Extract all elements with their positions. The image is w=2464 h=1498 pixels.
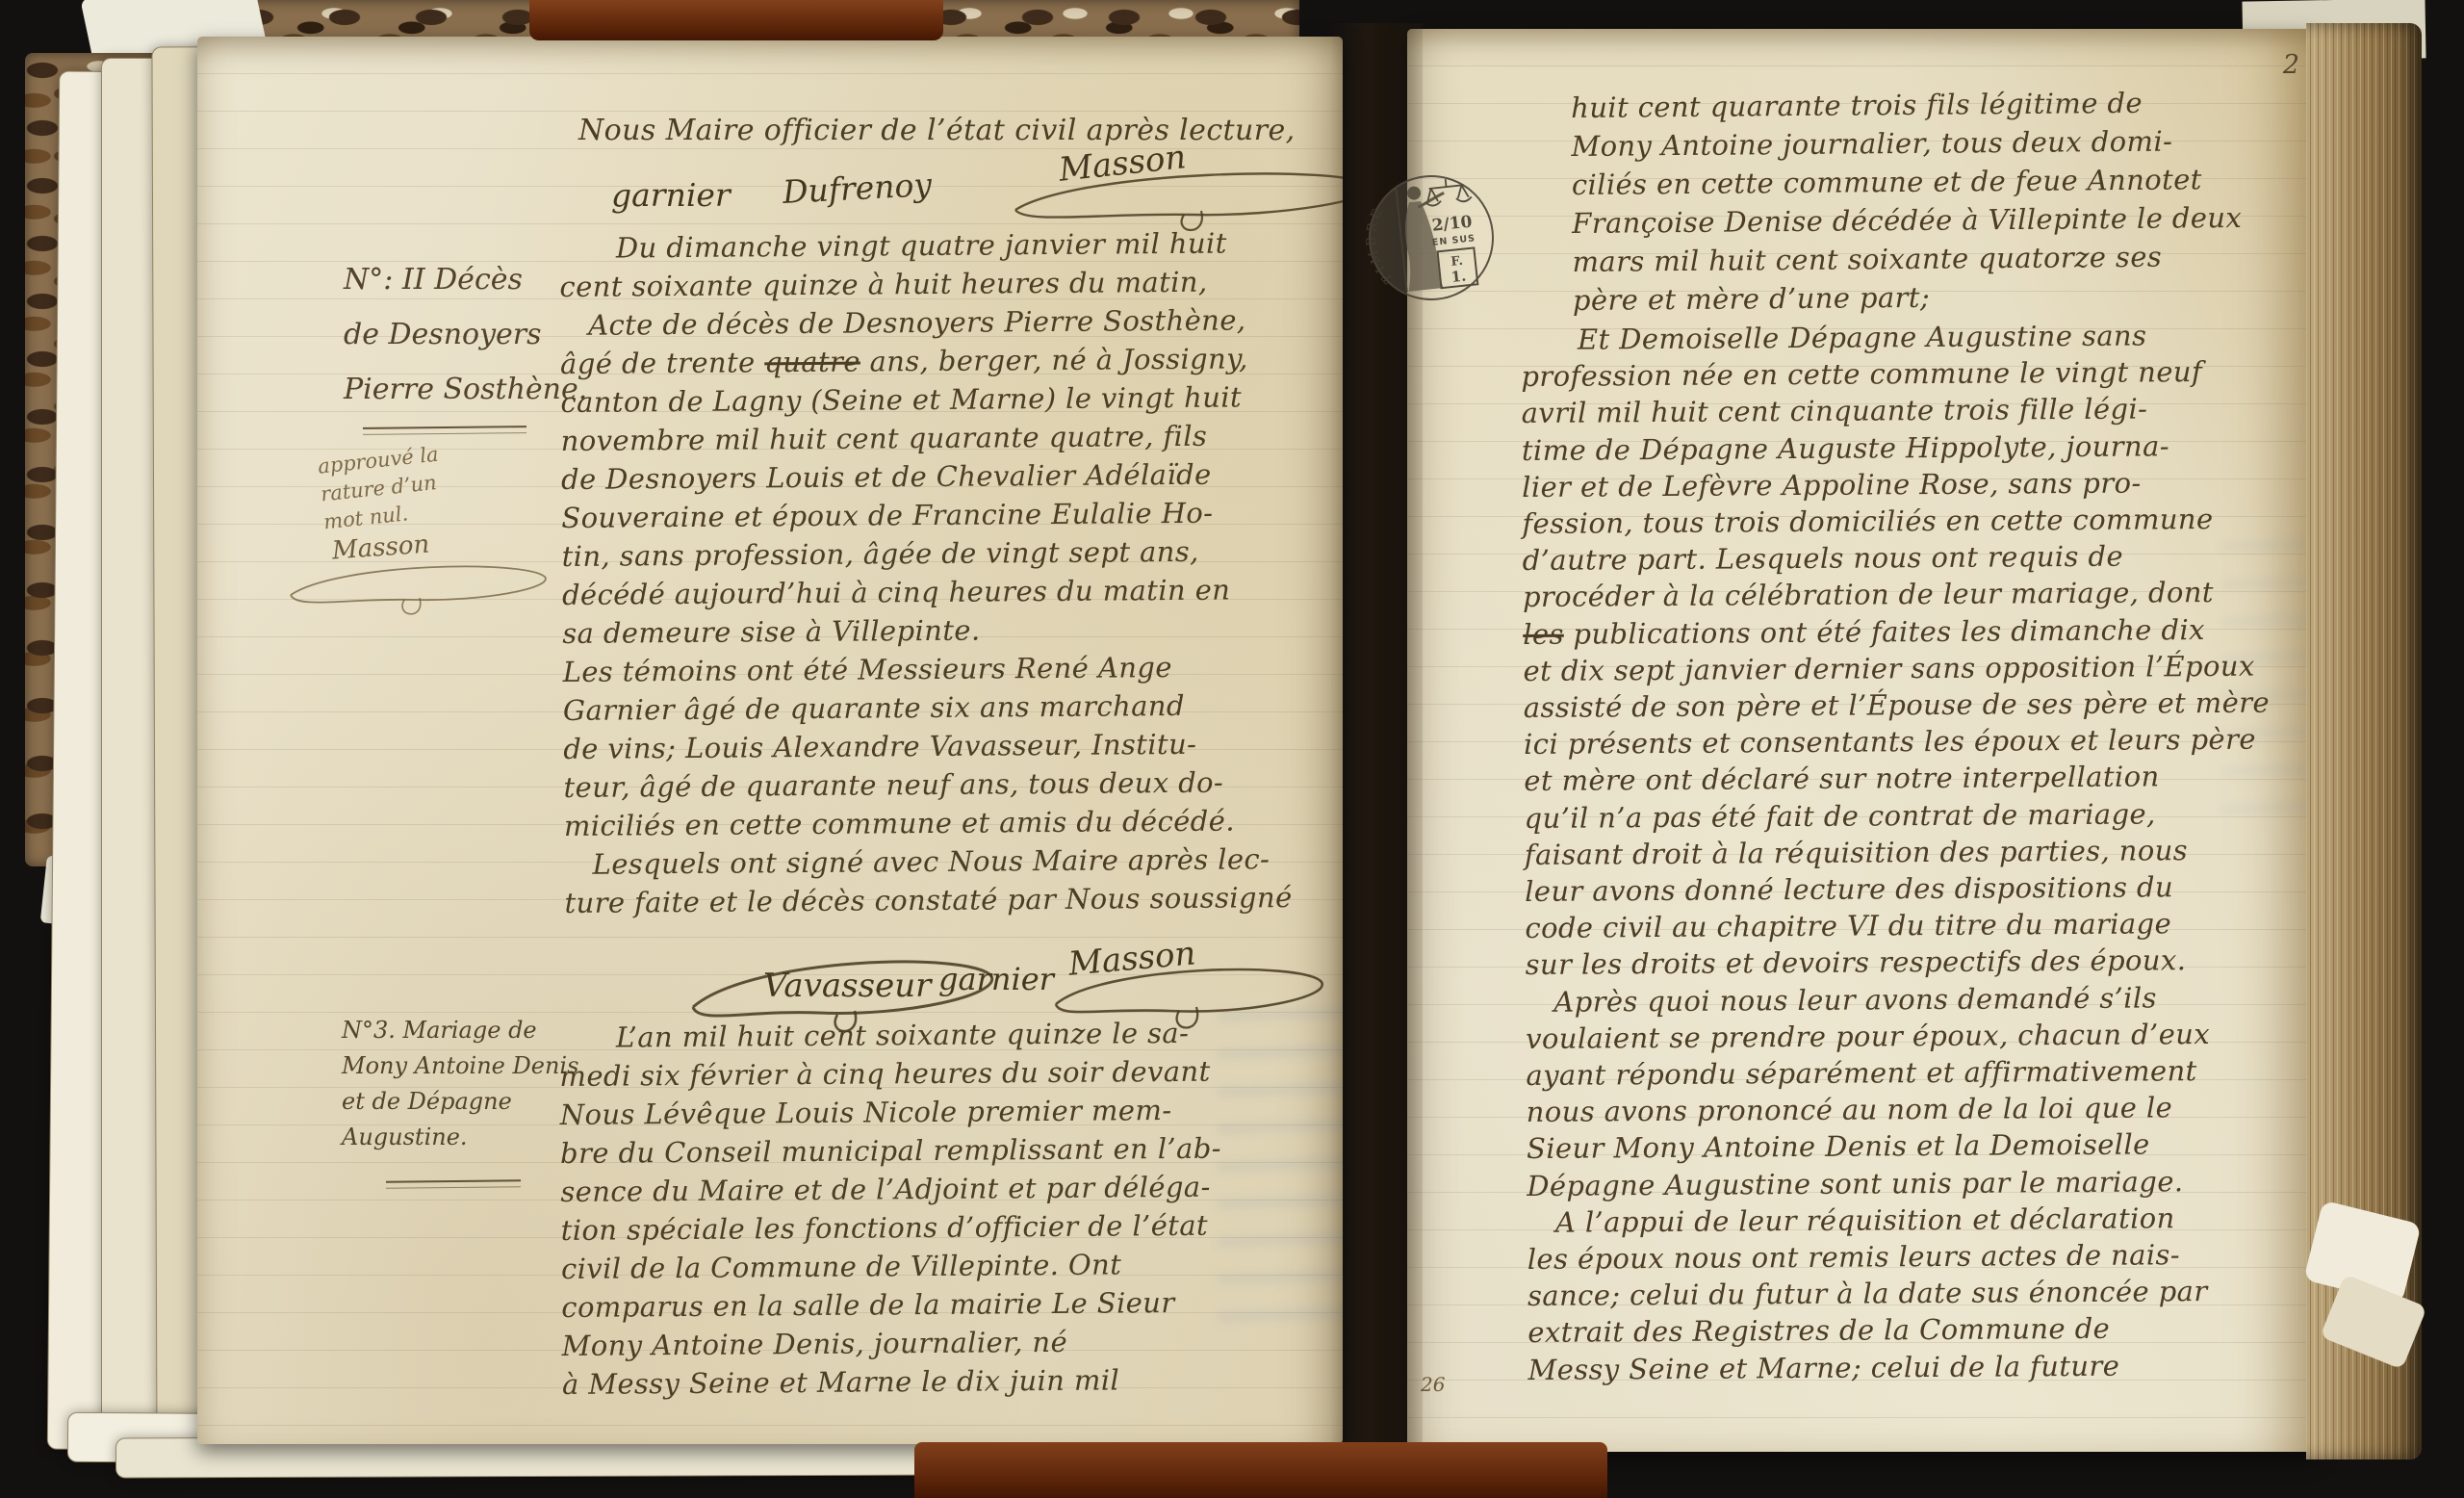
manuscript-line: Sieur Mony Antoine Denis et la Demoisell… xyxy=(1527,1125,2272,1168)
manuscript-line: tin, sans profession, âgée de vingt sept… xyxy=(562,531,1290,576)
manuscript-line: Et Demoiselle Dépagne Augustine sans xyxy=(1521,317,2267,359)
right-page: 2 huit cent quarante trois fils légitime… xyxy=(1407,29,2317,1452)
manuscript-line: nous avons prononcé au nom de la loi que… xyxy=(1527,1089,2272,1131)
photo-background: Nous Maire officier de l’état civil aprè… xyxy=(0,0,2464,1498)
signature-dufrenoy: Dufrenoy xyxy=(782,166,933,211)
manuscript-line: Françoise Denise décédée à Villepinte le… xyxy=(1572,198,2242,243)
manuscript-line: les époux nous ont remis leurs actes de … xyxy=(1527,1236,2273,1278)
manuscript-line: L’an mil huit cent soixante quinze le sa… xyxy=(559,1014,1220,1057)
manuscript-line: qu’il n’a pas été fait de contrat de mar… xyxy=(1524,794,2270,837)
manuscript-line: les publications ont été faites les dima… xyxy=(1523,610,2269,653)
manuscript-line: huit cent quarante trois fils légitime d… xyxy=(1571,83,2241,127)
manuscript-line: Dépagne Augustine sont unis par le maria… xyxy=(1527,1162,2272,1204)
manuscript-line: miciliés en cette commune et amis du déc… xyxy=(564,801,1292,845)
leather-spine-bottom xyxy=(914,1442,1607,1498)
manuscript-line: time de Dépagne Auguste Hippolyte, journ… xyxy=(1522,426,2268,469)
manuscript-line: Après quoi nous leur avons demandé s’ils xyxy=(1526,978,2271,1020)
signature-flourish xyxy=(279,552,558,624)
margin-note-line: Mony Antoine Denis xyxy=(342,1048,578,1084)
death-act-text: Du dimanche vingt quatre janvier mil hui… xyxy=(559,223,1293,922)
manuscript-line: d’autre part. Lesquels nous ont requis d… xyxy=(1523,537,2269,580)
manuscript-line: canton de Lagny (Seine et Marne) le ving… xyxy=(560,377,1288,422)
manuscript-line: faisant droit à la réquisition des parti… xyxy=(1525,831,2271,873)
manuscript-line: novembre mil huit cent quarante quatre, … xyxy=(561,416,1289,460)
manuscript-line: medi six février à cinq heures du soir d… xyxy=(559,1052,1220,1096)
manuscript-line: cent soixante quinze à huit heures du ma… xyxy=(559,262,1287,306)
manuscript-line: leur avons donné lecture des disposition… xyxy=(1525,868,2271,911)
manuscript-line: code civil au chapitre VI du titre du ma… xyxy=(1525,905,2271,947)
manuscript-line: Mony Antoine journalier, tous deux domi- xyxy=(1571,121,2241,166)
manuscript-line: âgé de trente quatre ans, berger, né à J… xyxy=(560,339,1288,383)
opening-line: Nous Maire officier de l’état civil aprè… xyxy=(578,112,1296,150)
manuscript-line: tion spéciale les fonctions d’officier d… xyxy=(561,1206,1222,1250)
signature-vavasseur: Vavasseur xyxy=(763,967,931,1005)
margin-note-line: de Desnoyers xyxy=(344,307,587,362)
manuscript-line: fession, tous trois domiciliés en cette … xyxy=(1522,501,2268,543)
margin-note-line: Augustine. xyxy=(342,1120,578,1155)
manuscript-line: ayant répondu séparément et affirmativem… xyxy=(1526,1052,2271,1095)
manuscript-line: Mony Antoine Denis, journalier, né xyxy=(562,1322,1223,1365)
timbre-stamp: TIMBRE 2/10 EN SUS F. 1. xyxy=(1352,159,1511,318)
margin-note-death: N°: II Décèsde DesnoyersPierre Sosthène. xyxy=(344,252,587,417)
manuscript-line: ici présents et consentants les époux et… xyxy=(1524,721,2270,763)
manuscript-line: de vins; Louis Alexandre Vavasseur, Inst… xyxy=(563,724,1291,768)
manuscript-line: décédé aujourd’hui à cinq heures du mati… xyxy=(562,570,1290,614)
manuscript-line: ciliés en cette commune et de feue Annot… xyxy=(1572,160,2242,204)
marriage-act-text: L’an mil huit cent soixante quinze le sa… xyxy=(559,1014,1223,1404)
manuscript-line: voulaient se prendre pour époux, chacun … xyxy=(1526,1015,2271,1057)
manuscript-line: lier et de Lefèvre Appoline Rose, sans p… xyxy=(1522,463,2268,505)
manuscript-line: teur, âgé de quarante neuf ans, tous deu… xyxy=(563,762,1291,807)
page-number: 2 xyxy=(2283,50,2299,80)
margin-note-line: et de Dépagne xyxy=(342,1084,578,1120)
manuscript-line: comparus en la salle de la mairie Le Sie… xyxy=(561,1283,1222,1327)
manuscript-line: avril mil huit cent cinquante trois fill… xyxy=(1522,390,2268,432)
ink-bleed-ghost xyxy=(1218,999,1343,1327)
signature-garnier: garnier xyxy=(611,176,731,214)
manuscript-line: Souveraine et époux de Francine Eulalie … xyxy=(561,493,1289,537)
manuscript-line: Messy Seine et Marne; celui de la future xyxy=(1527,1346,2273,1388)
margin-note-line: N°: II Décès xyxy=(344,252,587,307)
manuscript-line: bre du Conseil municipal remplissant en … xyxy=(560,1129,1221,1173)
margin-divider xyxy=(363,426,526,435)
manuscript-line: Les témoins ont été Messieurs René Ange xyxy=(562,647,1290,691)
manuscript-line: Du dimanche vingt quatre janvier mil hui… xyxy=(559,223,1287,268)
manuscript-line: extrait des Registres de la Commune de xyxy=(1527,1309,2273,1352)
manuscript-line: de Desnoyers Louis et de Chevalier Adéla… xyxy=(561,454,1289,499)
signature-masson-margin: Masson xyxy=(331,530,430,566)
stamp-denomination-bottom: 1. xyxy=(1450,267,1467,286)
manuscript-line: sur les droits et devoirs respectifs des… xyxy=(1526,942,2271,984)
manuscript-line: ture faite et le décès constaté par Nous… xyxy=(564,878,1292,922)
manuscript-line: sance; celui du futur à la date sus énon… xyxy=(1527,1273,2273,1315)
leather-spine-top xyxy=(529,0,943,40)
manuscript-line: Lesquels ont signé avec Nous Maire après… xyxy=(564,839,1292,884)
manuscript-line: profession née en cette commune le vingt… xyxy=(1521,353,2267,396)
manuscript-line: A l’appui de leur réquisition et déclara… xyxy=(1527,1199,2272,1241)
manuscript-line: Acte de décès de Desnoyers Pierre Sosthè… xyxy=(560,300,1288,345)
manuscript-line: père et mère d’une part; xyxy=(1573,275,2243,320)
marriage-act-continuation-text: Et Demoiselle Dépagne Augustine sansprof… xyxy=(1521,317,2274,1388)
act-continuation-text: huit cent quarante trois fils légitime d… xyxy=(1571,83,2243,320)
manuscript-line: et dix sept janvier dernier sans opposit… xyxy=(1523,647,2269,689)
approval-note: approuvé larature d’unmot nul. xyxy=(317,441,446,537)
manuscript-line: à Messy Seine et Marne le dix juin mil xyxy=(562,1360,1223,1404)
manuscript-line: procéder à la célébration de leur mariag… xyxy=(1523,574,2269,616)
margin-divider xyxy=(386,1179,521,1188)
manuscript-line: Garnier âgé de quarante six ans marchand xyxy=(563,685,1291,730)
manuscript-line: mars mil huit cent soixante quatorze ses xyxy=(1572,237,2242,281)
margin-note-line: Pierre Sosthène. xyxy=(344,362,587,417)
manuscript-line: et mère ont déclaré sur notre interpella… xyxy=(1524,758,2270,800)
manuscript-line: sence du Maire et de l’Adjoint et par dé… xyxy=(560,1168,1221,1211)
manuscript-line: civil de la Commune de Villepinte. Ont xyxy=(561,1245,1222,1288)
margin-note-marriage: N°3. Mariage deMony Antoine Deniset de D… xyxy=(342,1013,578,1155)
manuscript-line: assisté de son père et l’Épouse de ses p… xyxy=(1524,684,2270,727)
signature-garnier-mid: garnier xyxy=(938,961,1054,997)
folio-mark: 26 xyxy=(1421,1373,1445,1396)
signature-masson-mid: Masson xyxy=(1067,934,1197,983)
manuscript-line: Nous Lévêque Louis Nicole premier mem- xyxy=(560,1091,1221,1134)
margin-note-line: N°3. Mariage de xyxy=(342,1013,578,1048)
left-page: Nous Maire officier de l’état civil aprè… xyxy=(197,37,1343,1444)
manuscript-line: sa demeure sise à Villepinte. xyxy=(562,608,1290,653)
